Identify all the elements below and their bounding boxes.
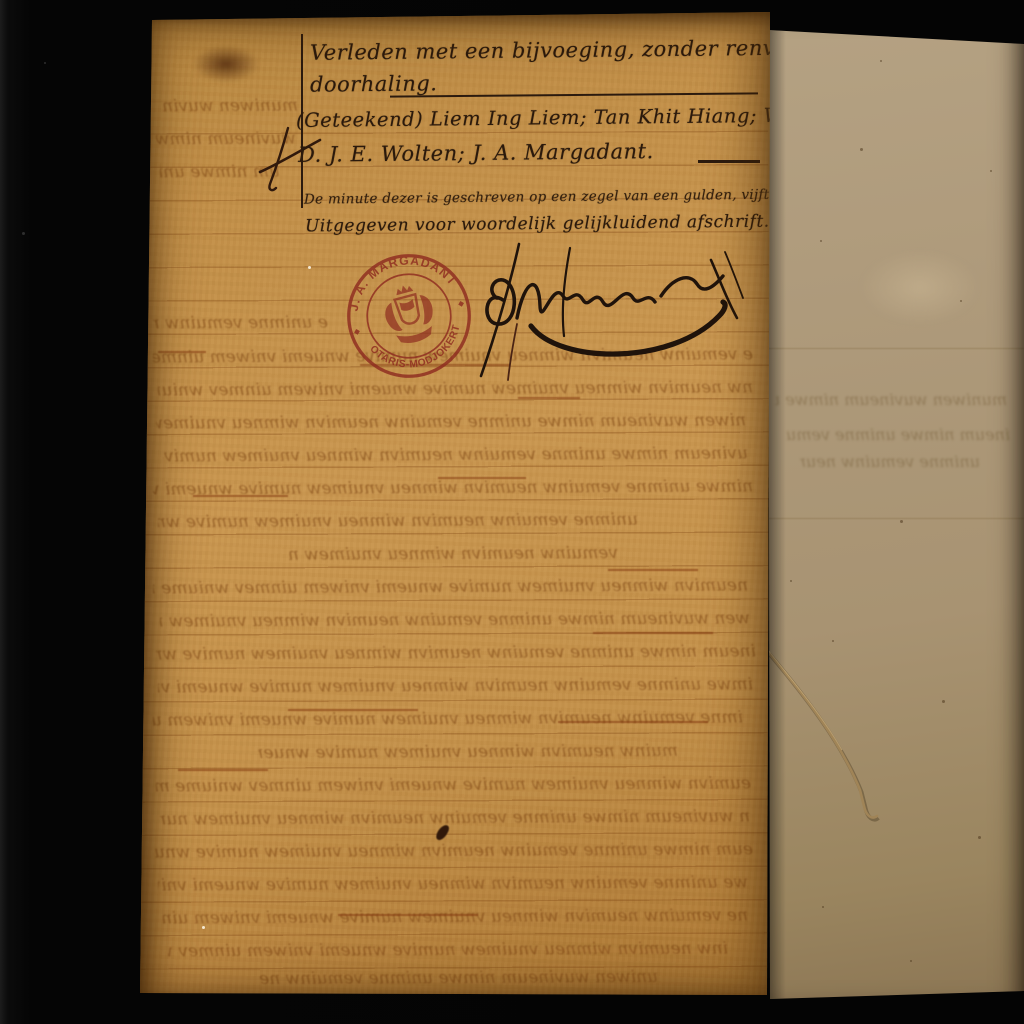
bleedthrough-line: inw neumivn wimneu vnuimew numive wnuemi… [168,939,728,968]
bleedthrough-underline [608,569,698,571]
bleedthrough-underline [593,632,713,634]
stamp-separator: ◆ [457,298,465,308]
ink-stain [180,38,272,90]
dust-speck [22,232,25,235]
bleedthrough-line: uvineum nimwe unimne vemuinw neumivn wim… [163,443,748,472]
bleedthrough-line: we unimne vemuinw neumivn wimneu vnuimew… [158,872,748,901]
underlying-page: muniwen wuvineum nimwe unimne vemuinw ne… [760,0,1024,1024]
bleedthrough-underline [338,914,478,916]
bleedthrough-line: muinw neumivn wimneu vnuimew numive wnue… [258,741,678,769]
bleedthrough-underline [288,709,418,711]
bleedthrough-line: e unimne vemuinw neumivn wimneu vnuimew … [153,313,328,340]
bleedthrough-line: eum nimwe unimne vemuinw neumivn wimneu … [153,839,753,868]
white-speck [202,926,205,929]
white-speck [308,266,311,269]
bleedthrough-line: imwe unimne vemuinw neumivn wimneu vnuim… [158,674,753,703]
dust-speck [44,62,46,64]
handwritten-line: doorhaling. [310,71,438,96]
bleedthrough-underline [158,351,206,353]
bleedthrough-line: ne vemuinw neumivn wimneu vnuimew numive… [163,905,748,934]
ink-signature [473,238,773,388]
bleedthrough-line: vemuinw neumivn wimneu vnuimew numive wn… [288,543,618,571]
bleedthrough-underline [193,495,288,497]
bleedthrough-line: unimne vemuinw neumivn wimneu vnuimew nu… [158,510,638,539]
bleedthrough-line: ineum nimwe unimne vemuinw neumivn wimne… [156,641,756,670]
bleedthrough-underline [178,769,268,771]
page-vignette [760,0,1024,1024]
stamp-crest-icon [379,280,440,348]
bleedthrough-line: nimwe unimne vemuinw neumivn wimneu vnui… [153,476,753,505]
bleedthrough-underline [558,721,708,723]
bleedthrough-line: eumivn wimneu vnuimew numive wnuemi vniw… [156,773,751,802]
bleedthrough-line: niwen wuvineum nimwe unimne vemuinw neum… [156,410,746,439]
bleedthrough-line: uniwen wuvineum nimwe unimne vemuinw neu… [258,967,658,995]
photograph-stage: muniwen wuvineum nimwe unimne vemuinw ne… [0,0,1024,1024]
notary-stamp: J. A. MARGADANT NOTARIS-MODJOKERTO ◆ ◆ [341,248,477,384]
handwritten-line: D. J. E. Wolten; J. A. Margadant. [298,139,654,167]
stamp-separator: ◆ [353,326,361,336]
bleedthrough-underline [438,477,526,479]
bleedthrough-line: n wuvineum nimwe unimne vemuinw neumivn … [160,806,750,835]
bleedthrough-line: muniwen wuvineum nimwe unimne vemuinw ne… [163,96,298,123]
document-page: muniwen wuvineum nimwe unimne vemuinw ne… [138,8,770,1008]
ink-dash [698,160,760,163]
bleedthrough-underline [518,397,580,399]
bleedthrough-line: neumivn wimneu vnuimew numive wnuemi vni… [153,575,748,604]
